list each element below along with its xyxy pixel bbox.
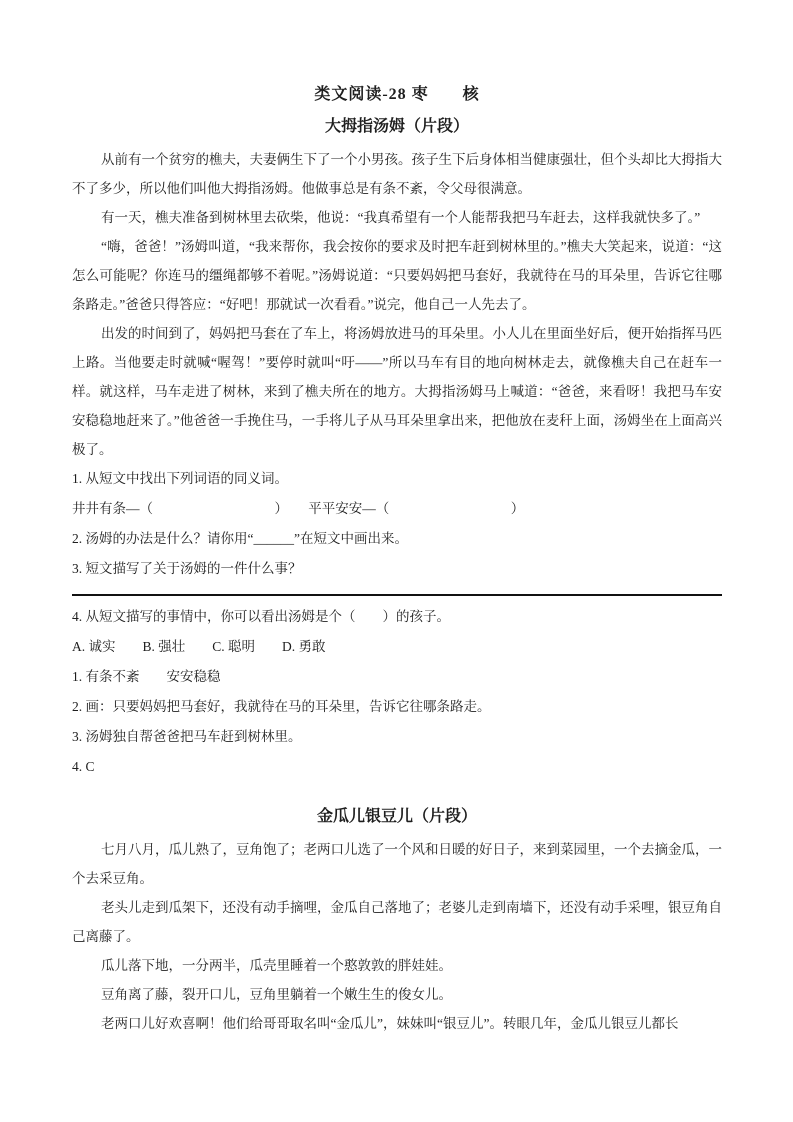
passage1-paragraph: 出发的时间到了，妈妈把马套在了车上，将汤姆放进马的耳朵里。小人儿在里面坐好后，便… bbox=[72, 319, 722, 464]
question-1: 1. 从短文中找出下列词语的同义词。 bbox=[72, 464, 722, 494]
passage1-heading: 大拇指汤姆（片段） bbox=[72, 116, 722, 138]
passage1-paragraph: 从前有一个贫穷的樵夫，夫妻俩生下了一个小男孩。孩子生下后身体相当健康强壮，但个头… bbox=[72, 145, 722, 203]
answer-4: 4. C bbox=[72, 752, 722, 782]
document-title: 类文阅读-28 枣 核 bbox=[72, 84, 722, 106]
worksheet-page: 类文阅读-28 枣 核 大拇指汤姆（片段） 从前有一个贫穷的樵夫，夫妻俩生下了一… bbox=[0, 0, 793, 1122]
answer-1: 1. 有条不紊 安安稳稳 bbox=[72, 662, 722, 692]
passage2-paragraph: 瓜儿落下地，一分两半，瓜壳里睡着一个憨敦敦的胖娃娃。 bbox=[72, 951, 722, 980]
passage2-heading: 金瓜儿银豆儿（片段） bbox=[72, 806, 722, 828]
question-4-options: A. 诚实 B. 强壮 C. 聪明 D. 勇敢 bbox=[72, 632, 722, 662]
passage2-paragraph: 七月八月，瓜儿熟了，豆角饱了；老两口儿选了一个风和日暖的好日子，来到菜园里，一个… bbox=[72, 835, 722, 893]
section-divider bbox=[72, 594, 722, 596]
answer-2: 2. 画：只要妈妈把马套好，我就待在马的耳朵里，告诉它往哪条路走。 bbox=[72, 692, 722, 722]
passage2-paragraph: 老头儿走到瓜架下，还没有动手摘哩，金瓜自己落地了；老婆儿走到南墙下，还没有动手采… bbox=[72, 893, 722, 951]
passage1-paragraph: “嗨，爸爸！”汤姆叫道，“我来帮你，我会按你的要求及时把车赶到树林里的。”樵夫大… bbox=[72, 232, 722, 319]
question-4: 4. 从短文描写的事情中，你可以看出汤姆是个（ ）的孩子。 bbox=[72, 602, 722, 632]
question-2: 2. 汤姆的办法是什么？请你用“______”在短文中画出来。 bbox=[72, 524, 722, 554]
passage2-paragraph: 豆角离了藤，裂开口儿，豆角里躺着一个嫩生生的俊女儿。 bbox=[72, 980, 722, 1009]
question-3: 3. 短文描写了关于汤姆的一件什么事？ bbox=[72, 554, 722, 584]
passage2-paragraph: 老两口儿好欢喜啊！他们给哥哥取名叫“金瓜儿”，妹妹叫“银豆儿”。转眼几年，金瓜儿… bbox=[72, 1009, 722, 1038]
answer-3: 3. 汤姆独自帮爸爸把马车赶到树林里。 bbox=[72, 722, 722, 752]
question-1-blanks: 井井有条—（ ） 平平安安—（ ） bbox=[72, 494, 722, 524]
passage1-paragraph: 有一天，樵夫准备到树林里去砍柴，他说：“我真希望有一个人能帮我把马车赶去，这样我… bbox=[72, 203, 722, 232]
